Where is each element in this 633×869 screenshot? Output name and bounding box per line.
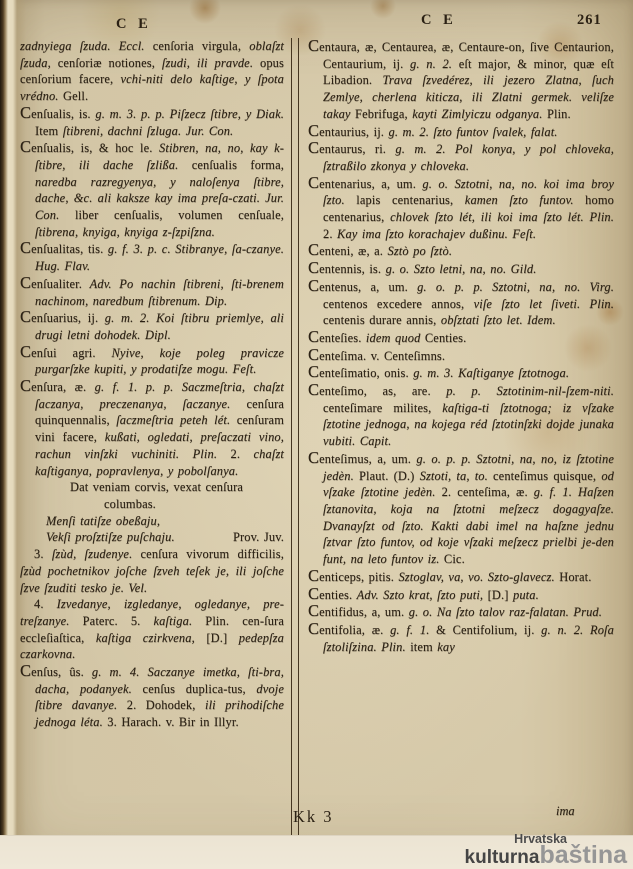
watermark-line2-part1: kulturna [465,847,540,868]
italic-text-segment: Menſi tatiſze obeßaju, [46,514,160,528]
running-title-left: C E [116,16,152,33]
italic-text-segment: idem quod [366,331,425,345]
italic-text-segment: g. m. 2. ſzto funtov ſvalek, falat. [389,125,558,139]
dictionary-entry: Cenſuarius, ij. g. m. 2. Koi ſtibru prie… [20,309,284,343]
left-column: zadnyiega ſzuda. Eccl. cenſoria virgula,… [20,38,284,835]
roman-text-segment: Centies. [425,331,466,345]
roman-text-segment: [D.] [206,631,238,645]
running-title-right: C E [421,12,457,29]
dictionary-entry: Centeſimatio, onis. g. m. 3. Kaſtiganye … [308,364,614,382]
italic-text-segment: ſaczmeſtria peteh lét. [116,413,237,427]
roman-text-segment: Centenus, a, um. [308,280,417,294]
roman-text-segment: Centiceps, pitis. [308,570,398,584]
italic-text-segment: Vekſi proſztiſze puſchaju. [46,529,175,546]
italic-text-segment: Sztoglav, va, vo. Szto-glavecz. [398,570,559,584]
roman-text-segment: Centeſimatio, onis. [308,366,413,380]
roman-text-segment: cenſus duplica-tus, [143,682,257,696]
italic-text-segment: kay [437,640,455,654]
italic-text-segment: g. m. 3. Kaſtiganye ſztotnoga. [413,366,569,380]
dictionary-entry: Centifidus, a, um. g. o. Na ſzto talov r… [308,603,614,621]
roman-text-segment: liber cenſualis, volumen cenſuale, [75,208,284,222]
dictionary-entry: Cenſura, æ. g. f. 1. p. p. Saczmeſtria, … [20,378,284,479]
italic-text-segment: ſzudi, ili pravde. [162,56,260,70]
scanned-dictionary-page: C E C E 261 zadnyiega ſzuda. Eccl. cenſo… [0,0,633,869]
page-number: 261 [577,12,602,29]
dictionary-entry: Centaurus, ri. g. m. 2. Pol konya, y pol… [308,140,614,174]
roman-text-segment: centeſimare milites, [323,401,442,415]
dictionary-entry: Centeſima. v. Centeſimns. [308,347,614,365]
dictionary-entry: Centiceps, pitis. Sztoglav, va, vo. Szto… [308,568,614,586]
roman-text-segment: Febrifuga, [355,107,412,121]
roman-text-segment: cenſura vivorum difficilis, [141,547,284,561]
roman-text-segment: Prov. Juv. [233,529,284,546]
text-paragraph: 3. ſzùd, ſzudenye. cenſura vivorum diffi… [20,546,284,596]
watermark-line2-part2: baština [539,841,627,869]
italic-text-segment: Sztò po ſztò. [387,244,452,258]
text-area: zadnyiega ſzuda. Eccl. cenſoria virgula,… [20,38,614,835]
italic-text-segment: kamen ſzto funtov. [465,193,585,207]
italic-text-segment: g. m. 3. p. p. Piſzecz ſtibre, y Diak. [95,107,284,121]
dictionary-entry: Cenſui agri. Nyive, koje poleg pravicze … [20,344,284,378]
roman-text-segment: & Centifolium, ij. [436,623,541,637]
roman-text-segment: Centaurius, ij. [308,125,389,139]
roman-text-segment: 2. Dohodek, [127,698,205,712]
dictionary-entry: Centeni, æ, a. Sztò po ſztò. [308,242,614,260]
dictionary-entry: Centifolia, æ. g. f. 1. & Centifolium, i… [308,621,614,655]
italic-text-segment: puta. [513,588,539,602]
roman-text-segment: 3. [34,547,52,561]
italic-text-segment: obſztati ſzto let. Idem. [441,313,556,327]
dictionary-entry: Centenus, a, um. g. o. p. p. Sztotni, na… [308,278,614,329]
roman-text-segment: Centifolia, æ. [308,623,390,637]
italic-text-segment: g. n. 2. [410,57,459,71]
dictionary-entry: Cenſus, ûs. g. m. 4. Saczanye imetka, ſt… [20,663,284,731]
roman-text-segment: Centifidus, a, um. [308,605,409,619]
roman-text-segment: Cic. [444,552,465,566]
roman-text-segment: Plin. [547,107,571,121]
italic-text-segment: g. o. Na ſzto talov raz-falatan. Prud. [409,605,602,619]
roman-text-segment: 2. [231,447,254,461]
roman-text-segment: Cenſui agri. [20,346,112,360]
italic-text-segment: ſzùd, ſzudenye. [52,547,141,561]
roman-text-segment: item [410,640,437,654]
italic-text-segment: Kay ima ſzto korachajev dußinu. Feſt. [337,227,536,241]
italic-text-segment: ſtibreni, dachni ſzluga. Jur. Con. [63,124,234,138]
italic-text-segment: Adv. Szto krat, ſzto puti, [357,588,488,602]
dictionary-entry: Cenſualis, is. g. m. 3. p. p. Piſzecz ſt… [20,105,284,139]
text-paragraph: zadnyiega ſzuda. Eccl. cenſoria virgula,… [20,38,284,105]
dictionary-entry: Centaura, æ, Centaurea, æ, Centaure-on, … [308,38,614,123]
roman-text-segment: Centeſies. [308,331,366,345]
italic-text-segment: kaſtiga. [154,614,206,628]
italic-text-segment: ſtibrena, knyiga, knyiga z-ſzpiſzna. [35,225,215,239]
text-paragraph: Vekſi proſztiſze puſchaju.Prov. Juv. [20,529,284,546]
dictionary-entry: Centennis, is. g. o. Szto letni, na, no.… [308,260,614,278]
catchword: ima [556,804,575,819]
roman-text-segment: Centies. [308,588,357,602]
roman-text-segment: Cenſualis, is, & hoc le. [20,141,159,155]
roman-text-segment: cenſoria virgula, [153,39,250,53]
italic-text-segment: kaſtiga czirkvena, [96,631,207,645]
scan-footer-band: Hrvatska kulturnabaština [0,835,633,869]
text-paragraph: Dat veniam corvis, vexat cenſura columba… [20,479,284,512]
dictionary-entry: Centies. Adv. Szto krat, ſzto puti, [D.]… [308,586,614,604]
roman-text-segment: 4. [34,597,57,611]
roman-text-segment: Cenſura, æ. [20,380,95,394]
roman-text-segment: Dat veniam corvis, vexat cenſura columba… [70,480,243,511]
roman-text-segment: Centeſimo, as, are. [308,384,446,398]
italic-text-segment: ſzùd pochetnikov joſche ſzveh teſek je, … [20,564,284,595]
text-paragraph: 4. Izvedanye, izgledanye, ogledanye, pre… [20,596,284,663]
italic-text-segment: kayti Zimlyiczu odganya. [412,107,547,121]
dictionary-entry: Centeſimus, a, um. g. o. p. p. Sztotni, … [308,450,614,568]
dictionary-entry: Centeſimo, as, are. p. p. Sztotinim-nil-… [308,382,614,450]
roman-text-segment: Centenarius, a, um. [308,177,422,191]
roman-text-segment: [D.] [488,588,513,602]
roman-text-segment: 2. centeſima, æ. [442,485,534,499]
roman-text-segment: cenſualis forma, [192,158,284,172]
roman-text-segment: Centeſimus, a, um. [308,452,416,466]
signature-mark: Kk 3 [293,807,334,827]
dictionary-entry: Centaurius, ij. g. m. 2. ſzto funtov ſva… [308,123,614,141]
roman-text-segment: Cenſualitas, tis. [20,242,108,256]
roman-text-segment: Centaurus, ri. [308,142,395,156]
text-paragraph: Menſi tatiſze obeßaju, [20,513,284,530]
roman-text-segment: centenis durare annis, [323,313,441,327]
roman-text-segment: Plaut. (D.) [359,469,420,483]
dictionary-entry: Centeſies. idem quod Centies. [308,329,614,347]
dictionary-entry: Cenſualis, is, & hoc le. Stibren, na, no… [20,139,284,240]
roman-text-segment: 3. Harach. v. Bir in Illyr. [107,715,238,729]
roman-text-segment: Horat. [559,570,591,584]
roman-text-segment: cenſoriæ notiones, [58,56,162,70]
column-divider-rule [291,38,299,835]
italic-text-segment: g. o. p. p. Sztotni, na, no. Virg. [417,280,614,294]
italic-text-segment: p. p. Sztotinim-nil-ſzem-niti. [446,384,614,398]
italic-text-segment: g. f. 1. [390,623,436,637]
roman-text-segment: Paterc. 5. [83,614,154,628]
dictionary-entry: Cenſualitas, tis. g. f. 3. p. c. Stibran… [20,240,284,274]
italic-text-segment: chlovek ſzto lét, ili koi ima ſzto lét. … [390,210,614,224]
roman-text-segment: Centeni, æ, a. [308,244,387,258]
roman-text-segment: Centeſima. v. Centeſimns. [308,349,445,363]
dictionary-entry: Centenarius, a, um. g. o. Sztotni, na, n… [308,175,614,243]
roman-text-segment: centenos excedere annos, [323,297,474,311]
italic-text-segment: g. o. Szto letni, na, no. Gild. [386,262,537,276]
watermark-line2: kulturnabaština [465,843,627,868]
roman-text-segment: Cenſualiter. [20,277,90,291]
roman-text-segment: lapis centenarius, [356,193,465,207]
italic-text-segment: viſe ſzto let ſiveti. Plin. [474,297,614,311]
right-column: Centaura, æ, Centaurea, æ, Centaure-on, … [308,38,614,835]
italic-text-segment: zadnyiega ſzuda. Eccl. [20,39,153,53]
roman-text-segment: Gell. [63,89,88,103]
roman-text-segment: centeſimus quisque, [493,469,601,483]
roman-text-segment: Item [35,124,63,138]
roman-text-segment: Cenſualis, is. [20,107,95,121]
dictionary-entry: Cenſualiter. Adv. Po nachin ſtibreni, ſt… [20,275,284,309]
roman-text-segment: Cenſus, ûs. [20,665,92,679]
roman-text-segment: 2. [323,227,337,241]
heritage-watermark: Hrvatska kulturnabaština [465,833,627,869]
roman-text-segment: Centennis, is. [308,262,386,276]
roman-text-segment: Cenſuarius, ij. [20,311,105,325]
italic-text-segment: Sztoti, ta, to. [420,469,493,483]
